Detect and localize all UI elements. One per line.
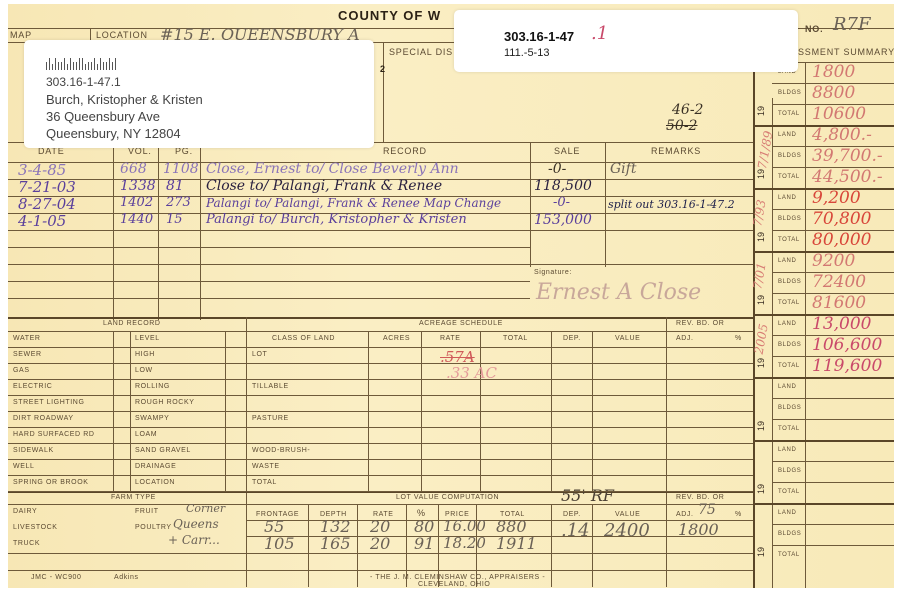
- assessment-row-label-total: TOTAL: [778, 237, 800, 243]
- assessment-row-label-land: LAND: [778, 510, 796, 516]
- land-record-item: LOW: [135, 367, 153, 374]
- row-date: 3-4-85: [18, 161, 66, 179]
- year-prefix: 19: [756, 295, 766, 305]
- parcel-old-id: 111.-5-13: [504, 47, 549, 59]
- year-note: 7/93: [750, 199, 768, 228]
- assessment-total-value: 80,000: [812, 230, 871, 250]
- sticker-owner: Burch, Kristopher & Kristen: [46, 92, 203, 107]
- lot-dep-header: DEP.: [563, 511, 581, 518]
- row-record: Palangi to/ Burch, Kristopher & Kristen: [206, 212, 467, 227]
- land-record-item: WELL: [13, 463, 34, 470]
- land-record-item: SEWER: [13, 351, 42, 358]
- row-date: 4-1-05: [18, 212, 66, 230]
- dep-header: DEP.: [563, 335, 581, 342]
- assessment-total-value: 81600: [812, 293, 866, 313]
- row-sale: -0-: [548, 161, 566, 177]
- farm-type-title: FARM TYPE: [111, 494, 156, 501]
- lot-value-value: 2400: [604, 520, 650, 541]
- assessment-row-label-land: LAND: [778, 132, 796, 138]
- printer-name: Adkins: [114, 574, 139, 581]
- row-remarks: split out 303.16-1-47.2: [608, 198, 735, 211]
- class-of-land-item: PASTURE: [252, 415, 289, 422]
- lot-rate-cell: 20: [370, 534, 390, 553]
- assessment-bldgs-value: 106,600: [812, 335, 882, 355]
- land-record-item: LOCATION: [135, 479, 175, 486]
- assessment-row-label-bldgs: BLDGS: [778, 153, 801, 159]
- row-vol: 1440: [120, 212, 153, 227]
- acres-header: ACRES: [383, 335, 410, 342]
- land-record-item: ROLLING: [135, 383, 170, 390]
- row-sale: 153,000: [534, 212, 592, 228]
- rev-bd-label: REV. BD. OR: [676, 320, 724, 327]
- value-header: VALUE: [615, 335, 640, 342]
- land-record-item: ROUGH ROCKY: [135, 399, 195, 406]
- assessment-row-label-bldgs: BLDGS: [778, 468, 801, 474]
- assessment-summary-title: SSMENT SUMMARY: [798, 47, 895, 57]
- land-record-item: GAS: [13, 367, 30, 374]
- class-of-land-item: TILLABLE: [252, 383, 289, 390]
- assessment-row-label-bldgs: BLDGS: [778, 279, 801, 285]
- assessment-row-label-land: LAND: [778, 384, 796, 390]
- lot-pct-cell: 91: [414, 534, 434, 553]
- class-of-land-item: LOT: [252, 351, 267, 358]
- assessment-row-label-bldgs: BLDGS: [778, 216, 801, 222]
- assessment-row-label-total: TOTAL: [778, 552, 800, 558]
- assessment-row-label-bldgs: BLDGS: [778, 405, 801, 411]
- assessment-land-value: 13,000: [812, 314, 871, 334]
- lot-adj-value: 75: [698, 502, 716, 518]
- farm-fruit: FRUIT: [135, 508, 159, 515]
- lot-frontage-cell: 105: [264, 534, 295, 553]
- row-date: 7-21-03: [18, 178, 76, 196]
- land-record-item: ELECTRIC: [13, 383, 52, 390]
- location-label: LOCATION: [96, 30, 148, 40]
- row-remarks: Gift: [610, 161, 636, 177]
- land-record-item: DIRT ROADWAY: [13, 415, 74, 422]
- year-prefix: 19: [756, 169, 766, 179]
- farm-truck: TRUCK: [13, 540, 40, 547]
- parcel-id: 303.16-1-47: [504, 29, 574, 44]
- row-date: 8-27-04: [18, 195, 76, 213]
- class-of-land-item: WASTE: [252, 463, 280, 470]
- land-record-item: SPRING OR BROOK: [13, 479, 89, 486]
- row-sale: 118,500: [534, 178, 592, 194]
- record-header: RECORD: [383, 146, 427, 156]
- land-record-item: SWAMPY: [135, 415, 169, 422]
- row-vol: 1338: [120, 178, 156, 194]
- assessment-bldgs-value: 70,800: [812, 209, 871, 229]
- row-pg: 15: [166, 212, 183, 227]
- farm-note-1: Corner: [186, 502, 225, 515]
- special-district-label: SPECIAL DIS: [389, 47, 453, 57]
- farm-livestock: LIVESTOCK: [13, 524, 58, 531]
- assessment-row-label-total: TOTAL: [778, 489, 800, 495]
- land-record-item: SIDEWALK: [13, 447, 54, 454]
- land-record-title: LAND RECORD: [103, 320, 161, 327]
- lot-rev-bd-label: REV. BD. OR: [676, 494, 724, 501]
- row-pg: 273: [166, 195, 191, 210]
- card-no-label: NO.: [805, 24, 823, 34]
- class-of-land-item: WOOD-BRUSH-: [252, 447, 310, 454]
- land-record-item: LOAM: [135, 431, 157, 438]
- parcel-id-sticker: 303.16-1-47 .1 111.-5-13: [454, 10, 798, 72]
- lot-price-cell: 16.00: [443, 517, 486, 535]
- assessment-row-label-land: LAND: [778, 447, 796, 453]
- total-header: TOTAL: [503, 335, 528, 342]
- land-record-item: WATER: [13, 335, 41, 342]
- lot-dep-value: .14: [561, 520, 590, 541]
- assessment-row-label-total: TOTAL: [778, 111, 800, 117]
- land-record-item: STREET LIGHTING: [13, 399, 85, 406]
- year-prefix: 19: [756, 484, 766, 494]
- assessment-land-value: 9200: [812, 251, 855, 271]
- sticker-parcel: 303.16-1-47.1: [46, 75, 121, 89]
- farm-note-3: + Carr...: [168, 533, 220, 547]
- assessment-row-label-bldgs: BLDGS: [778, 342, 801, 348]
- lot-pct-label: %: [735, 511, 742, 518]
- lot-value-header: VALUE: [615, 511, 640, 518]
- lot-depth-cell: 165: [320, 534, 351, 553]
- card-no-value: R7F: [833, 14, 871, 35]
- land-record-item: SAND GRAVEL: [135, 447, 191, 454]
- assessment-bldgs-value: 8800: [812, 83, 855, 103]
- sale-header: SALE: [554, 146, 580, 156]
- map-label: MAP: [10, 30, 32, 40]
- assessment-land-value: 9,200: [812, 188, 861, 208]
- row-pg: 1108: [163, 161, 199, 177]
- assessment-row-label-total: TOTAL: [778, 426, 800, 432]
- year-prefix: 19: [756, 232, 766, 242]
- year-prefix: 19: [756, 421, 766, 431]
- row-record: Close to/ Palangi, Frank & Renee: [206, 178, 442, 194]
- land-record-item: DRAINAGE: [135, 463, 176, 470]
- form-code: JMC - WC900: [31, 574, 82, 581]
- map-number-current: 46-2: [672, 102, 703, 118]
- assessment-row-label-bldgs: BLDGS: [778, 90, 801, 96]
- assessment-row-label-land: LAND: [778, 195, 796, 201]
- lot-price-cell: 18.20: [443, 534, 486, 552]
- appraiser-line-2: CLEVELAND, OHIO: [418, 581, 490, 588]
- assessment-row-label-total: TOTAL: [778, 300, 800, 306]
- assessment-row-label-total: TOTAL: [778, 363, 800, 369]
- address-label-sticker: 303.16-1-47.1 Burch, Kristopher & Kriste…: [24, 40, 374, 148]
- assessment-total-value: 119,600: [812, 356, 882, 376]
- barcode-icon: [46, 58, 116, 70]
- rate-header: RATE: [440, 335, 461, 342]
- year-note: 7/01: [750, 262, 768, 291]
- assessment-land-value: 4,800.-: [812, 125, 872, 145]
- row-sale: -0-: [553, 195, 570, 210]
- remarks-header: REMARKS: [651, 146, 701, 156]
- class-of-land-item: TOTAL: [252, 479, 277, 486]
- adj-label: ADJ.: [676, 335, 694, 342]
- row-vol: 1402: [120, 195, 153, 210]
- lot-annotation: 55' RF: [561, 486, 614, 505]
- assessment-row-label-total: TOTAL: [778, 174, 800, 180]
- farm-poultry: POULTRY: [135, 524, 172, 531]
- lot-adj-label: ADJ.: [676, 511, 694, 518]
- farm-note-2: Queens: [173, 517, 219, 531]
- special-district-value: 2: [380, 64, 386, 74]
- year-prefix: 19: [756, 106, 766, 116]
- year-prefix: 19: [756, 547, 766, 557]
- row-record: Palangi to/ Palangi, Frank & Renee Map C…: [206, 196, 501, 210]
- appraiser-line-1: - THE J. M. CLEMINSHAW CO., APPRAISERS -: [370, 574, 545, 581]
- assessment-row-label-land: LAND: [778, 258, 796, 264]
- sticker-street: 36 Queensbury Ave: [46, 109, 160, 124]
- sticker-city: Queensbury, NY 12804: [46, 126, 181, 141]
- assessment-bldgs-value: 72400: [812, 272, 866, 292]
- year-prefix: 19: [756, 358, 766, 368]
- assessment-row-label-bldgs: BLDGS: [778, 531, 801, 537]
- assessment-row-label-land: LAND: [778, 321, 796, 327]
- land-record-item: HIGH: [135, 351, 155, 358]
- assessment-total-value: 44,500.-: [812, 167, 883, 187]
- land-record-item: LEVEL: [135, 335, 160, 342]
- row-record: Close, Ernest to/ Close Beverly Ann: [206, 161, 459, 177]
- farm-dairy: DAIRY: [13, 508, 37, 515]
- pct-label: %: [735, 335, 742, 342]
- land-record-item: HARD SURFACED RD: [13, 431, 95, 438]
- assessment-bldgs-value: 39,700.-: [812, 146, 883, 166]
- row-vol: 668: [120, 161, 147, 177]
- class-of-land-header: CLASS OF LAND: [272, 335, 335, 342]
- signature-label: Signature:: [534, 269, 572, 276]
- county-title: COUNTY OF W: [338, 8, 441, 23]
- lot-total-cell: 1911: [496, 534, 537, 553]
- map-number-struck: 50-2: [666, 118, 697, 134]
- lot-value-title: LOT VALUE COMPUTATION: [396, 494, 499, 501]
- row-pg: 81: [166, 178, 184, 194]
- assessment-total-value: 10600: [812, 104, 866, 124]
- assessment-land-value: 1800: [812, 62, 855, 82]
- signature-value: Ernest A Close: [536, 280, 701, 305]
- acreage-schedule-title: ACREAGE SCHEDULE: [419, 320, 503, 327]
- parcel-suffix: .1: [591, 23, 608, 44]
